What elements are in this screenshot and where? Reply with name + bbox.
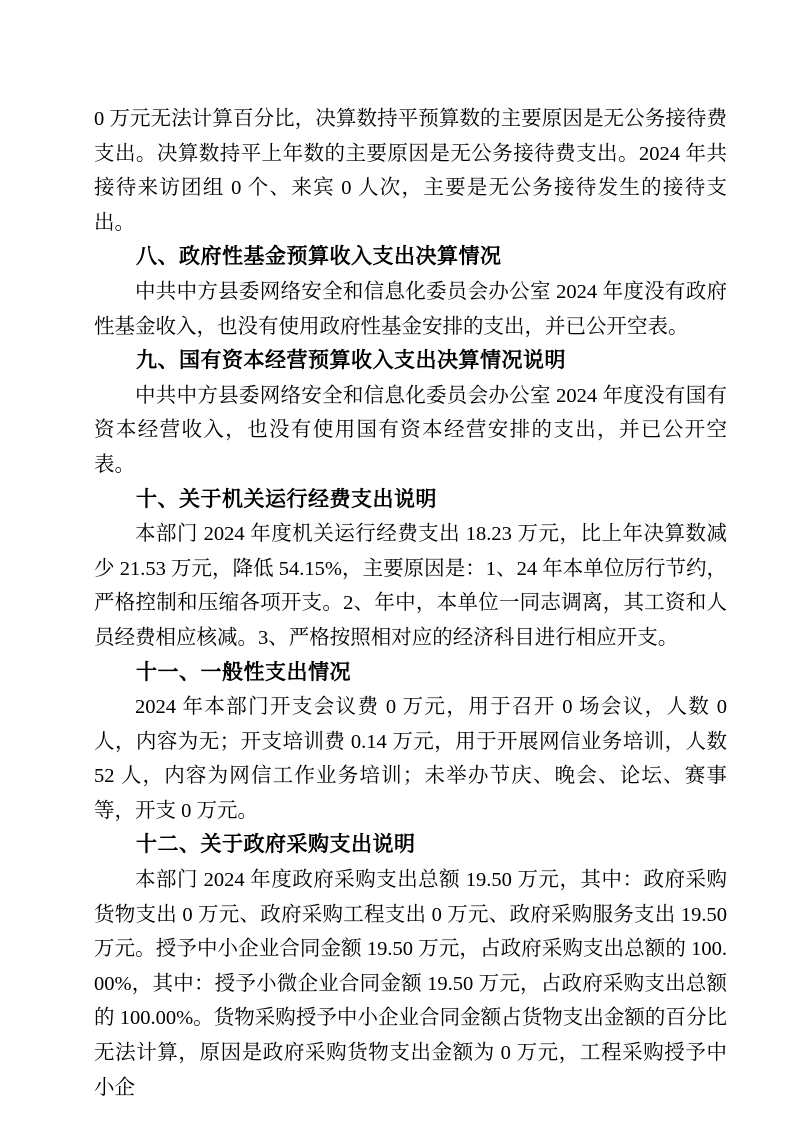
paragraph-section-8-government-fund-budget: 中共中方县委网络安全和信息化委员会办公室 2024 年度没有政府性基金收入，也没… — [94, 275, 727, 344]
document-page: 0 万元无法计算百分比，决算数持平预算数的主要原因是无公务接待费支出。决算数持平… — [0, 0, 793, 1122]
heading-section-9-state-capital-budget: 九、国有资本经营预算收入支出决算情况说明 — [94, 344, 727, 379]
heading-section-11-general-expenditure: 十一、一般性支出情况 — [94, 656, 727, 691]
heading-section-12-government-procurement: 十二、关于政府采购支出说明 — [94, 828, 727, 863]
paragraph-section-10-agency-operating-expenses: 本部门 2024 年度机关运行经费支出 18.23 万元，比上年决算数减少 21… — [94, 517, 727, 655]
heading-section-8-government-fund-budget: 八、政府性基金预算收入支出决算情况 — [94, 240, 727, 275]
heading-section-10-agency-operating-expenses: 十、关于机关运行经费支出说明 — [94, 483, 727, 518]
paragraph-official-reception-continuation: 0 万元无法计算百分比，决算数持平预算数的主要原因是无公务接待费支出。决算数持平… — [94, 102, 727, 240]
paragraph-section-11-general-expenditure: 2024 年本部门开支会议费 0 万元，用于召开 0 场会议，人数 0 人，内容… — [94, 690, 727, 828]
paragraph-section-12-government-procurement: 本部门 2024 年度政府采购支出总额 19.50 万元，其中：政府采购货物支出… — [94, 863, 727, 1105]
paragraph-section-9-state-capital-budget: 中共中方县委网络安全和信息化委员会办公室 2024 年度没有国有资本经营收入，也… — [94, 379, 727, 483]
